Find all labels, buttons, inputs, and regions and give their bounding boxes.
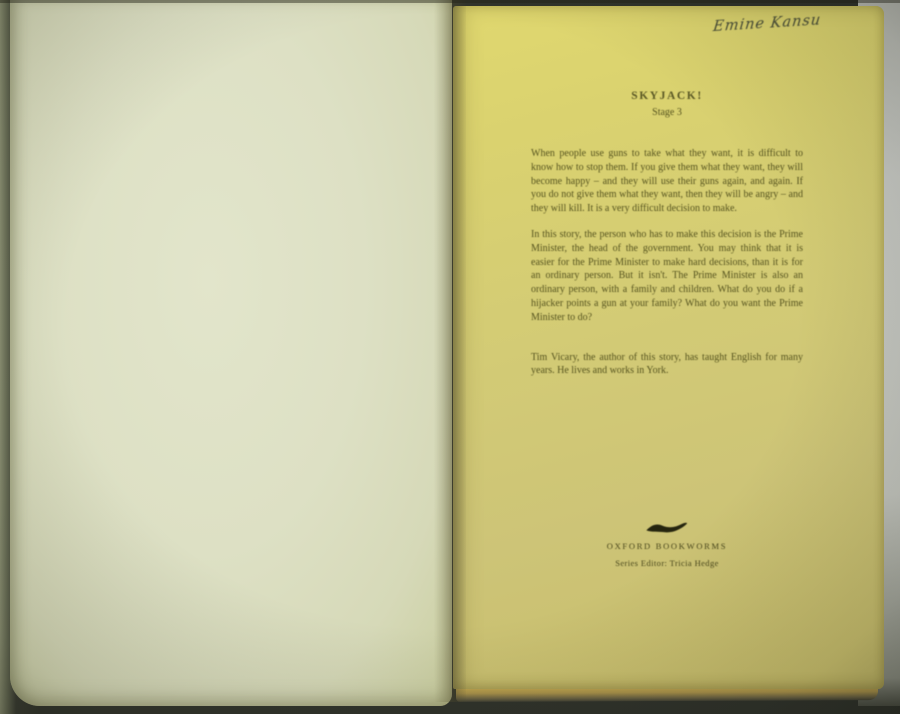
- blank-left-page: [10, 0, 452, 706]
- swan-icon: [644, 520, 690, 535]
- publisher-imprint: OXFORD BOOKWORMS Series Editor: Tricia H…: [531, 520, 803, 568]
- stage-label: Stage 3: [531, 107, 803, 118]
- author-note: Tim Vicary, the author of this story, ha…: [531, 351, 803, 379]
- series-editor-line: Series Editor: Tricia Hedge: [531, 558, 803, 568]
- publisher-name: OXFORD BOOKWORMS: [531, 541, 803, 551]
- book-title: SKYJACK!: [531, 90, 803, 102]
- printed-text-block: SKYJACK! Stage 3 When people use guns to…: [531, 90, 803, 388]
- book-photo: Emine Kansu SKYJACK! Stage 3 When people…: [0, 0, 900, 714]
- blurb-paragraph-1: When people use guns to take what they w…: [531, 147, 803, 216]
- intro-right-page: Emine Kansu SKYJACK! Stage 3 When people…: [453, 6, 884, 689]
- blurb-paragraph-2: In this story, the person who has to mak…: [531, 228, 803, 325]
- handwritten-name: Emine Kansu: [712, 9, 884, 36]
- spine-gutter-shadow: [434, 0, 466, 702]
